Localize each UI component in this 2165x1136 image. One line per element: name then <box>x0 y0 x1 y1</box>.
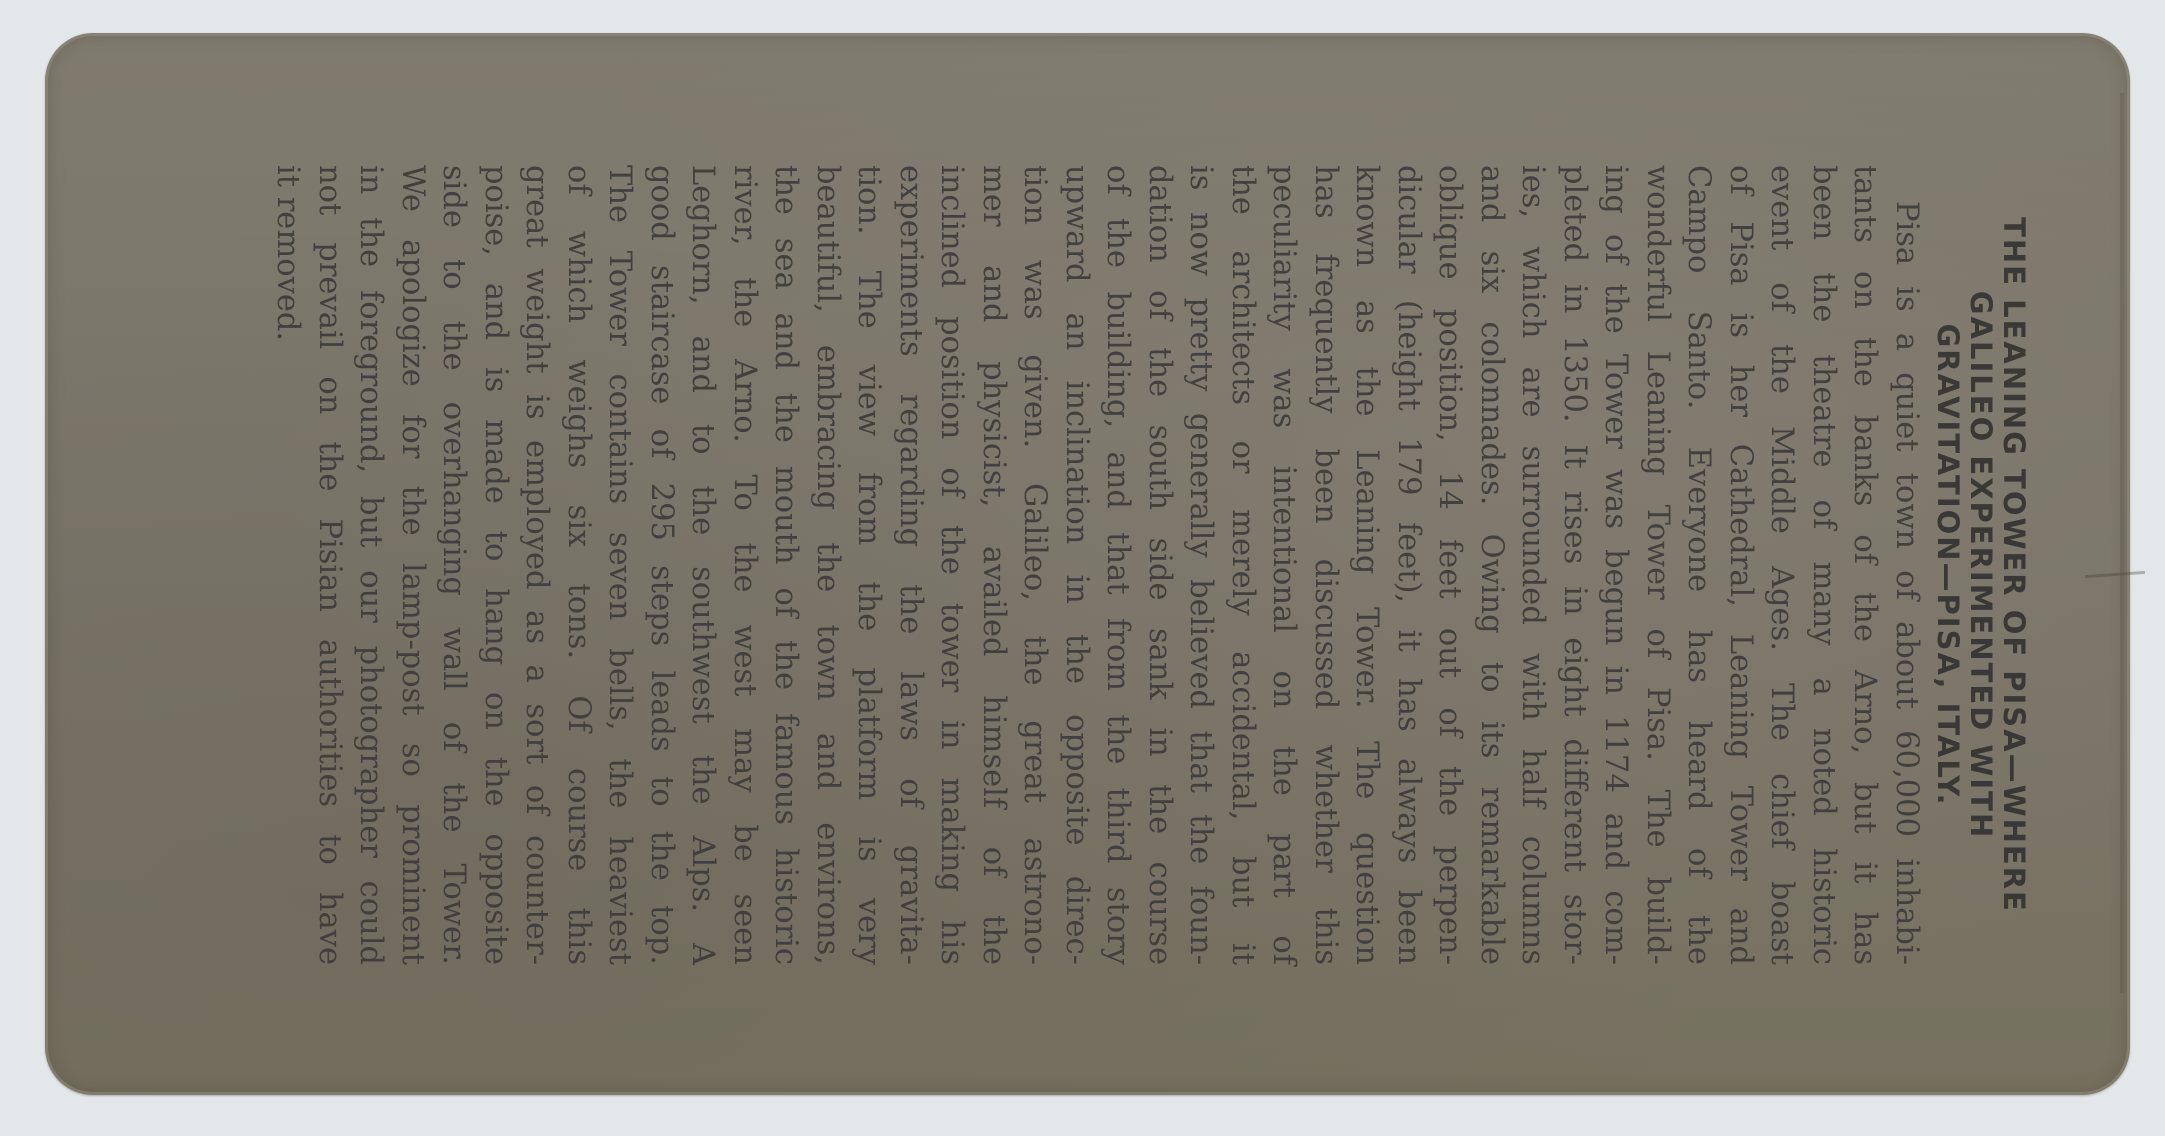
text-line: of Pisa is her Cathedral, Leaning Tower … <box>1720 165 1762 965</box>
text-line: inclined position of the tower in making… <box>931 165 973 965</box>
text-line: dation of the south side sank in the cou… <box>1139 165 1181 965</box>
text-line: poise, and is made to hang on the opposi… <box>475 165 517 965</box>
text-line: oblique position, 14 feet out of the per… <box>1429 165 1471 965</box>
text-line: beautiful, embracing the town and enviro… <box>807 165 849 965</box>
title-line: THE LEANING TOWER OF PISA—WHERE <box>1997 165 2030 965</box>
text-line: not prevail on the Pisian authorities to… <box>309 165 351 965</box>
text-line: peculiarity was intentional on the part … <box>1263 165 1305 965</box>
text-line: in the foreground, but our photographer … <box>350 165 392 965</box>
text-line: side to the overhanging wall of the Towe… <box>433 165 475 965</box>
text-line: great weight is employed as a sort of co… <box>516 165 558 965</box>
card-text-block: THE LEANING TOWER OF PISA—WHERE GALILEO … <box>560 165 2030 965</box>
text-line: wonderful Leaning Tower of Pisa. The bui… <box>1637 165 1679 965</box>
text-line: the sea and the mouth of the famous hist… <box>765 165 807 965</box>
text-line: Leghorn, and to the southwest the Alps. … <box>682 165 724 965</box>
text-line: ies, which are surrounded with half colu… <box>1512 165 1554 965</box>
text-line: and six colonnades. Owing to its remarka… <box>1471 165 1513 965</box>
title-line: GRAVITATION—PISA, ITALY. <box>1931 165 1964 965</box>
text-line: tion was given. Galileo, the great astro… <box>1014 165 1056 965</box>
text-line: good staircase of 295 steps leads to the… <box>641 165 683 965</box>
text-line: mer and physicist, availed himself of th… <box>973 165 1015 965</box>
title-line: GALILEO EXPERIMENTED WITH <box>1964 165 1997 965</box>
text-line: experiments regarding the laws of gravit… <box>890 165 932 965</box>
text-line: has frequently been discussed whether th… <box>1305 165 1347 965</box>
text-line: event of the Middle Ages. The chief boas… <box>1761 165 1803 965</box>
text-line: The Tower contains seven bells, the heav… <box>599 165 641 965</box>
text-line: the architects or merely accidental, but… <box>1222 165 1264 965</box>
text-line: tion. The view from the platform is very <box>848 165 890 965</box>
text-line: dicular (height 179 feet), it has always… <box>1388 165 1430 965</box>
text-line: tants on the banks of the Arno, but it h… <box>1844 165 1886 965</box>
card-title: THE LEANING TOWER OF PISA—WHERE GALILEO … <box>1931 165 2030 965</box>
text-line: of the building, and that from the third… <box>1097 165 1139 965</box>
text-line: been the theatre of many a noted histori… <box>1803 165 1845 965</box>
text-line: pleted in 1350. It rises in eight differ… <box>1554 165 1596 965</box>
text-line: is now pretty generally believed that th… <box>1180 165 1222 965</box>
text-line: it removed. <box>267 165 309 965</box>
text-line: We apologize for the lamp-post so promin… <box>392 165 434 965</box>
card-description: Pisa is a quiet town of about 60,000 inh… <box>267 165 1927 965</box>
card-crease <box>2085 571 2145 578</box>
text-line: ing of the Tower was begun in 1174 and c… <box>1595 165 1637 965</box>
card-edge-wear <box>2120 93 2124 993</box>
text-line: of which weighs six tons. Of course this <box>558 165 600 965</box>
text-line: Campo Santo. Everyone has heard of the <box>1678 165 1720 965</box>
text-line: upward an inclination in the opposite di… <box>1056 165 1098 965</box>
text-line: known as the Leaning Tower. The question <box>1346 165 1388 965</box>
text-line: river, the Arno. To the west may be seen <box>724 165 766 965</box>
text-line: Pisa is a quiet town of about 60,000 inh… <box>1886 165 1928 965</box>
